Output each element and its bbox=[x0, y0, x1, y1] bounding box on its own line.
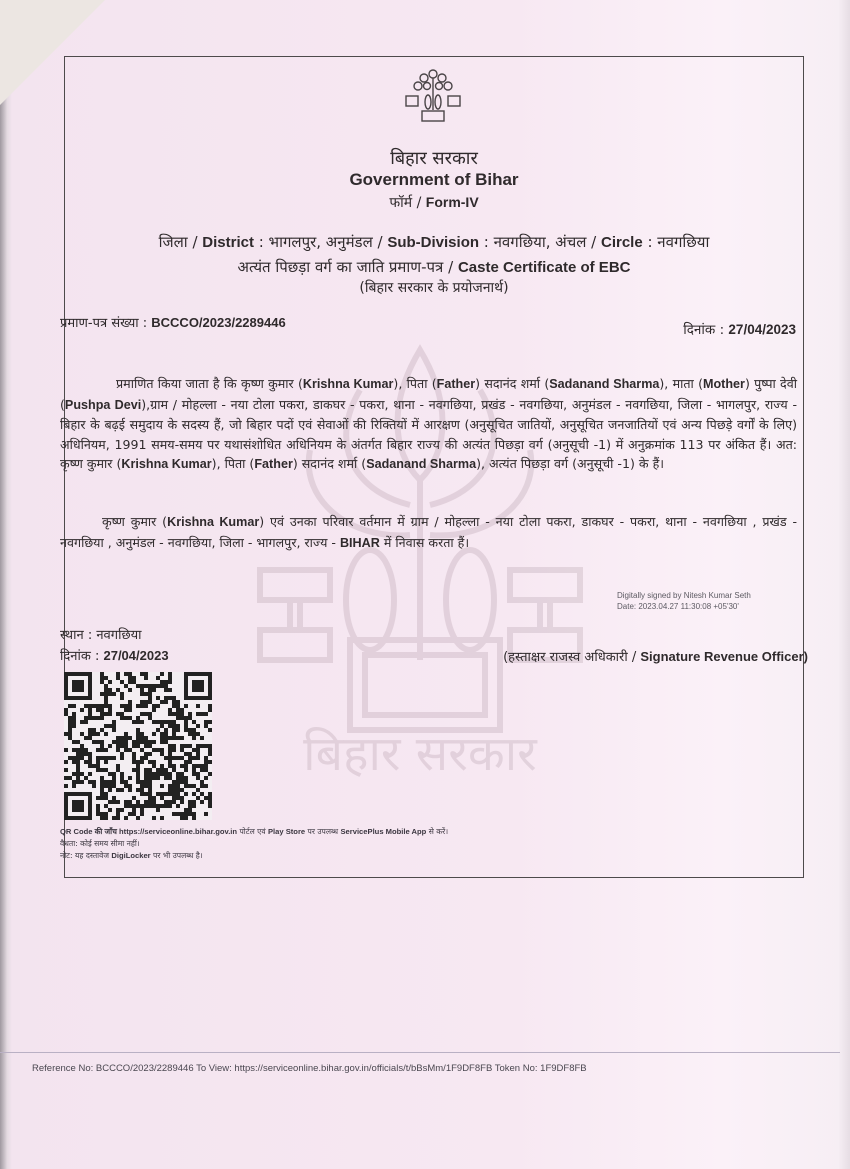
digilocker-note: नोट: यह दस्तावेज DigiLocker पर भी उपलब्ध… bbox=[60, 850, 448, 862]
footer-divider bbox=[0, 1052, 840, 1053]
signature-title: (हस्ताक्षर राजस्व अधिकारी / Signature Re… bbox=[503, 647, 808, 665]
form-number: फॉर्म / Form-IV bbox=[64, 193, 804, 212]
qr-verification-note: QR Code की जाँच https://serviceonline.bi… bbox=[60, 826, 448, 838]
scan-left-edge bbox=[0, 0, 12, 1169]
certificate-date: दिनांक : 27/04/2023 bbox=[683, 320, 796, 338]
government-name-hindi: बिहार सरकार bbox=[64, 146, 804, 170]
reference-footer: Reference No: BCCCO/2023/2289446 To View… bbox=[32, 1063, 587, 1074]
verification-notes: QR Code की जाँच https://serviceonline.bi… bbox=[60, 826, 448, 862]
digital-signature-stamp: Digitally signed by Nitesh Kumar Seth Da… bbox=[617, 590, 751, 612]
issue-date: दिनांक : 27/04/2023 bbox=[60, 646, 169, 667]
digital-sign-date: Date: 2023.04.27 11:30:08 +05'30' bbox=[617, 601, 751, 612]
certificate-title: अत्यंत पिछड़ा वर्ग का जाति प्रमाण-पत्र /… bbox=[64, 257, 804, 277]
scan-right-edge bbox=[838, 0, 850, 1169]
jurisdiction-line: जिला / District : भागलपुर, अनुमंडल / Sub… bbox=[64, 232, 804, 252]
certificate-number: प्रमाण-पत्र संख्या : BCCCO/2023/2289446 bbox=[60, 313, 286, 331]
residence-paragraph: कृष्ण कुमार (Krishna Kumar) एवं उनका परि… bbox=[60, 512, 797, 553]
bihar-emblem-icon bbox=[402, 64, 464, 126]
digital-signer: Digitally signed by Nitesh Kumar Seth bbox=[617, 590, 751, 601]
place-and-date: स्थान : नवगछिया दिनांक : 27/04/2023 bbox=[60, 626, 169, 667]
qr-code-icon[interactable] bbox=[64, 672, 212, 820]
place: स्थान : नवगछिया bbox=[60, 626, 169, 646]
certificate-purpose: (बिहार सरकार के प्रयोजनार्थ) bbox=[64, 278, 804, 297]
government-name-english: Government of Bihar bbox=[64, 170, 804, 190]
certification-paragraph: प्रमाणित किया जाता है कि कृष्ण कुमार (Kr… bbox=[60, 374, 797, 475]
validity-note: वैधता: कोई समय सीमा नहीं। bbox=[60, 838, 448, 850]
